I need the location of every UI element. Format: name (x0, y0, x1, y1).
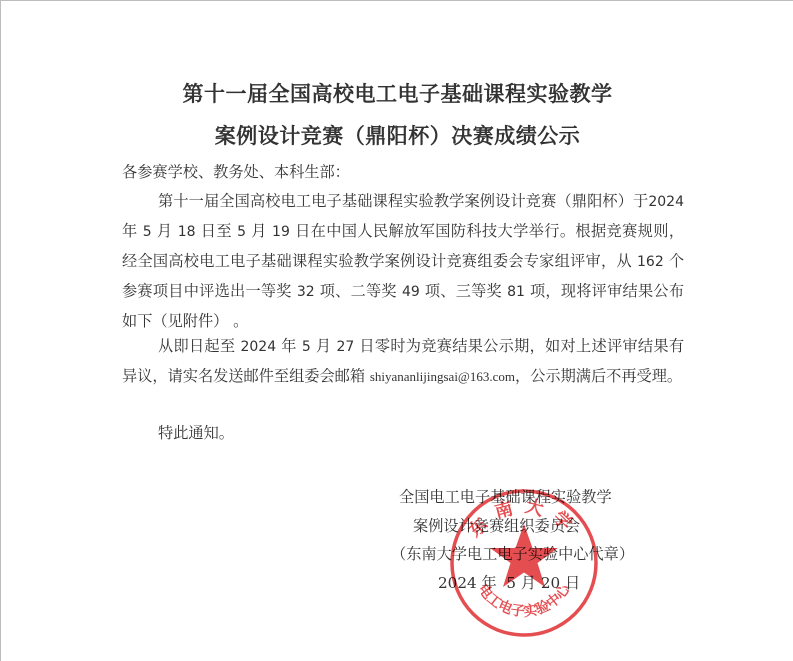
text-span: 日至 (196, 222, 238, 240)
text-span: 第十一届全国高校电工电子基础课程实验教学案例设计竞赛（鼎阳杯）于 (158, 192, 648, 210)
text-span: 从即日起至 (158, 337, 240, 355)
text-span: 年 (122, 222, 143, 240)
text-span: 年 (276, 337, 302, 355)
contact-email[interactable]: shiyananlijingsai@163.com (370, 369, 515, 384)
signature-date: 2024 年 5 月 20 日 (438, 573, 580, 593)
signature-org-line1: 全国电工电子基础课程实验教学 (399, 487, 612, 507)
start-month: 5 (143, 224, 152, 240)
second-prize-count: 49 (402, 284, 420, 300)
text-span: 月 (246, 222, 272, 240)
start-day: 18 (178, 224, 196, 240)
closing-remark: 特此通知。 (122, 419, 684, 448)
event-year: 2024 (648, 194, 684, 210)
paragraph-objection-period: 从即日起至 2024 年 5 月 27 日零时为竞赛结果公示期，如对上述评审结果… (122, 332, 684, 391)
end-day: 19 (272, 224, 290, 240)
third-prize-count: 81 (507, 284, 525, 300)
deadline-month: 5 (302, 339, 311, 355)
text-span: 月 (152, 222, 178, 240)
salutation: 各参赛学校、教务处、本科生部： (122, 158, 684, 187)
deadline-day: 27 (336, 339, 354, 355)
document-title-line1: 第十一届全国高校电工电子基础课程实验教学 (1, 78, 793, 108)
text-span: 月 (311, 337, 337, 355)
signature-proxy-seal-note: （东南大学电工电子实验中心代章） (391, 544, 634, 564)
end-month: 5 (237, 224, 246, 240)
text-span: 项、二等奖 (315, 282, 402, 300)
text-span: 项、三等奖 (420, 282, 507, 300)
document-title-line2: 案例设计竞赛（鼎阳杯）决赛成绩公示 (1, 120, 793, 150)
text-span: ，公示期满后不再受理。 (515, 367, 682, 385)
deadline-year: 2024 (240, 339, 276, 355)
document-page: 第十一届全国高校电工电子基础课程实验教学 案例设计竞赛（鼎阳杯）决赛成绩公示 各… (0, 0, 793, 661)
signature-org-line2: 案例设计竞赛组织委员会 (413, 516, 580, 536)
total-projects: 162 (637, 254, 664, 270)
first-prize-count: 32 (297, 284, 315, 300)
paragraph-announcement: 第十一届全国高校电工电子基础课程实验教学案例设计竞赛（鼎阳杯）于2024 年 5… (122, 187, 684, 336)
